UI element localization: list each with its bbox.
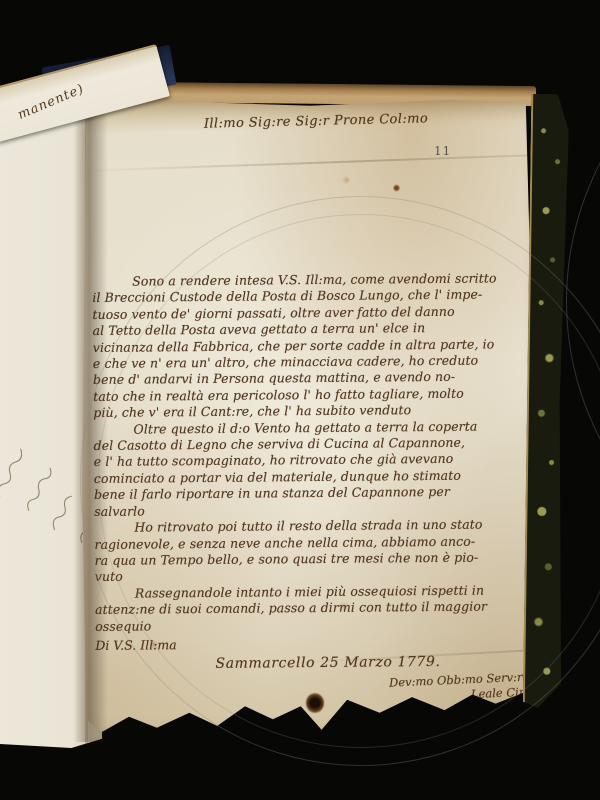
paper-crease xyxy=(78,154,542,172)
letter-dateline: Sammarcello 25 Marzo 1779. xyxy=(215,653,539,672)
letter-salutation: Ill:mo Sig:re Sig:r Prone Col:mo xyxy=(166,110,466,132)
body-lines: Sono a rendere intesa V.S. Ill:ma, come … xyxy=(92,270,539,635)
letter-body: Sono a rendere intesa V.S. Ill:ma, come … xyxy=(92,270,540,711)
marbled-cover-edge xyxy=(523,94,570,708)
letter-closing: Di V.S. Ill:ma xyxy=(95,634,539,653)
letter-page: Ill:mo Sig:re Sig:r Prone Col:mo 11 Sono… xyxy=(78,96,542,748)
page-number: 11 xyxy=(434,144,451,158)
photo-background: { "colors": { "background": "#070706", "… xyxy=(0,0,600,800)
ink-stain xyxy=(393,184,400,192)
letter-signature: Dev:mo Obb:mo Serv:re Leale Cini xyxy=(95,670,530,719)
foxing-spot xyxy=(342,176,351,184)
ink-spot xyxy=(182,714,192,722)
watermark-circle xyxy=(566,0,600,602)
